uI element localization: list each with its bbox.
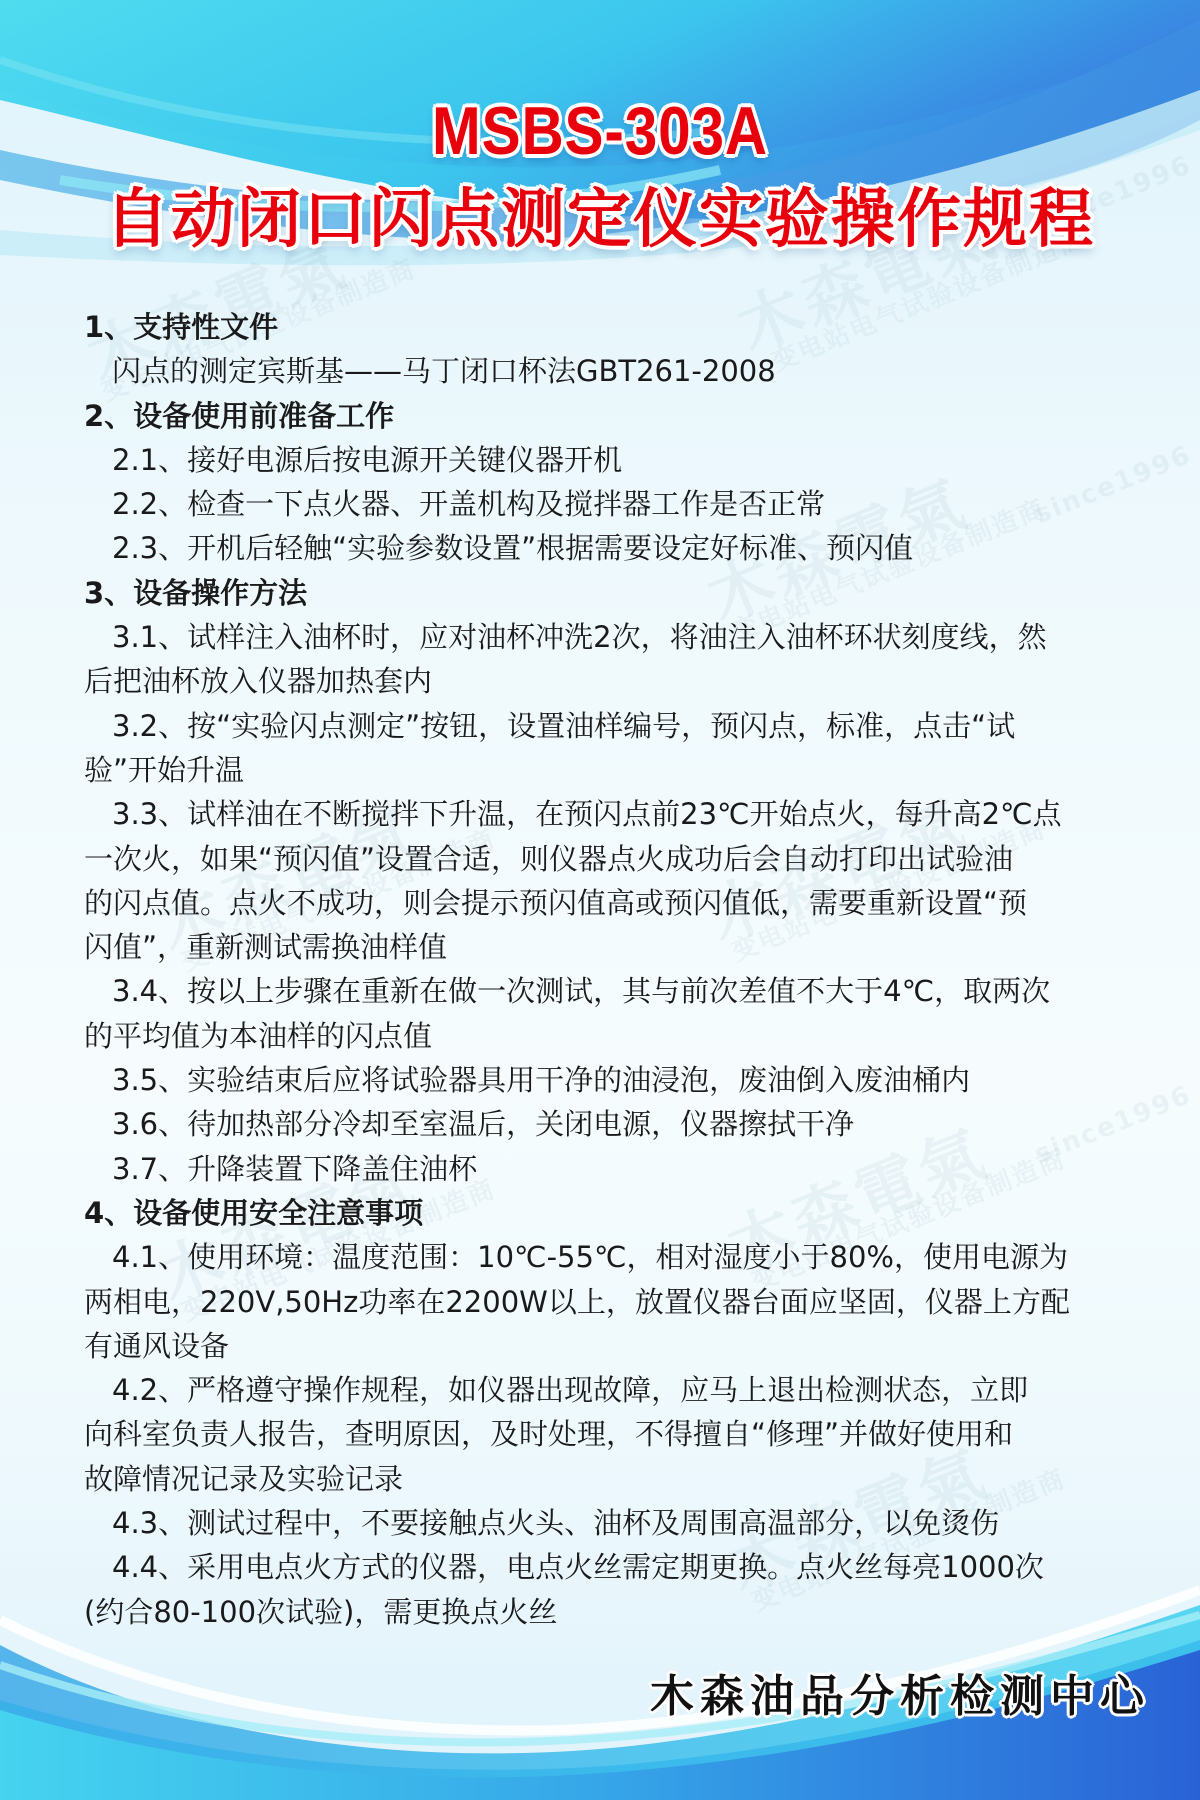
section-line: 3.4、按以上步骤在重新在做一次测试，其与前次差值不大于4℃，取两次 bbox=[84, 969, 1124, 1013]
section-line: 向科室负责人报告，查明原因，及时处理，不得擅自“修理”并做好使用和 bbox=[84, 1412, 1124, 1456]
section-line: 3.2、按“实验闪点测定”按钮，设置油样编号，预闪点，标准，点击“试 bbox=[84, 704, 1124, 748]
section-line: 3.3、试样油在不断搅拌下升温，在预闪点前23℃开始点火，每升高2℃点 bbox=[84, 792, 1124, 836]
section-line: 后把油杯放入仪器加热套内 bbox=[84, 659, 1124, 703]
section-line: 闪点的测定宾斯基——马丁闭口杯法GBT261-2008 bbox=[84, 349, 1124, 393]
section-line: 闪值”，重新测试需换油样值 bbox=[84, 925, 1124, 969]
page-title: 自动闭口闪点测定仪实验操作规程 bbox=[0, 168, 1200, 260]
section-heading: 3、设备操作方法 bbox=[84, 571, 1124, 615]
section-line: 3.6、待加热部分冷却至室温后，关闭电源，仪器擦拭干净 bbox=[84, 1102, 1124, 1146]
section-heading: 2、设备使用前准备工作 bbox=[84, 394, 1124, 438]
section-heading: 4、设备使用安全注意事项 bbox=[84, 1191, 1124, 1235]
model-title: MSBS-303A bbox=[84, 92, 1116, 170]
section-line: 2.1、接好电源后按电源开关键仪器开机 bbox=[84, 438, 1124, 482]
section-line: 4.2、严格遵守操作规程，如仪器出现故障，应马上退出检测状态，立即 bbox=[84, 1368, 1124, 1412]
section-line: 3.5、实验结束后应将试验器具用干净的油浸泡，废油倒入废油桶内 bbox=[84, 1058, 1124, 1102]
section-line: 的闪点值。点火不成功，则会提示预闪值高或预闪值低，需要重新设置“预 bbox=[84, 881, 1124, 925]
section-line: 一次火，如果“预闪值”设置合适，则仪器点火成功后会自动打印出试验油 bbox=[84, 837, 1124, 881]
section-line: 故障情况记录及实验记录 bbox=[84, 1457, 1124, 1501]
procedure-body: 1、支持性文件 闪点的测定宾斯基——马丁闭口杯法GBT261-2008 2、设备… bbox=[84, 305, 1124, 1634]
section-line: (约合80-100次试验)，需更换点火丝 bbox=[84, 1590, 1124, 1634]
section-line: 2.3、开机后轻触“实验参数设置”根据需要设定好标准、预闪值 bbox=[84, 526, 1124, 570]
section-line: 验”开始升温 bbox=[84, 748, 1124, 792]
section-line: 4.1、使用环境：温度范围：10℃-55℃，相对湿度小于80%，使用电源为 bbox=[84, 1235, 1124, 1279]
section-line: 有通风设备 bbox=[84, 1324, 1124, 1368]
section-line: 3.7、升降装置下降盖住油杯 bbox=[84, 1147, 1124, 1191]
footer-organization: 木森油品分析检测中心 bbox=[650, 1660, 1150, 1724]
section-line: 3.1、试样注入油杯时，应对油杯冲洗2次，将油注入油杯环状刻度线，然 bbox=[84, 615, 1124, 659]
section-line: 的平均值为本油样的闪点值 bbox=[84, 1014, 1124, 1058]
section-line: 4.4、采用电点火方式的仪器，电点火丝需定期更换。点火丝每亮1000次 bbox=[84, 1545, 1124, 1589]
section-line: 4.3、测试过程中，不要接触点火头、油杯及周围高温部分，以免烫伤 bbox=[84, 1501, 1124, 1545]
section-line: 两相电，220V,50Hz功率在2200W以上，放置仪器台面应坚固，仪器上方配 bbox=[84, 1280, 1124, 1324]
section-line: 2.2、检查一下点火器、开盖机构及搅拌器工作是否正常 bbox=[84, 482, 1124, 526]
section-heading: 1、支持性文件 bbox=[84, 305, 1124, 349]
